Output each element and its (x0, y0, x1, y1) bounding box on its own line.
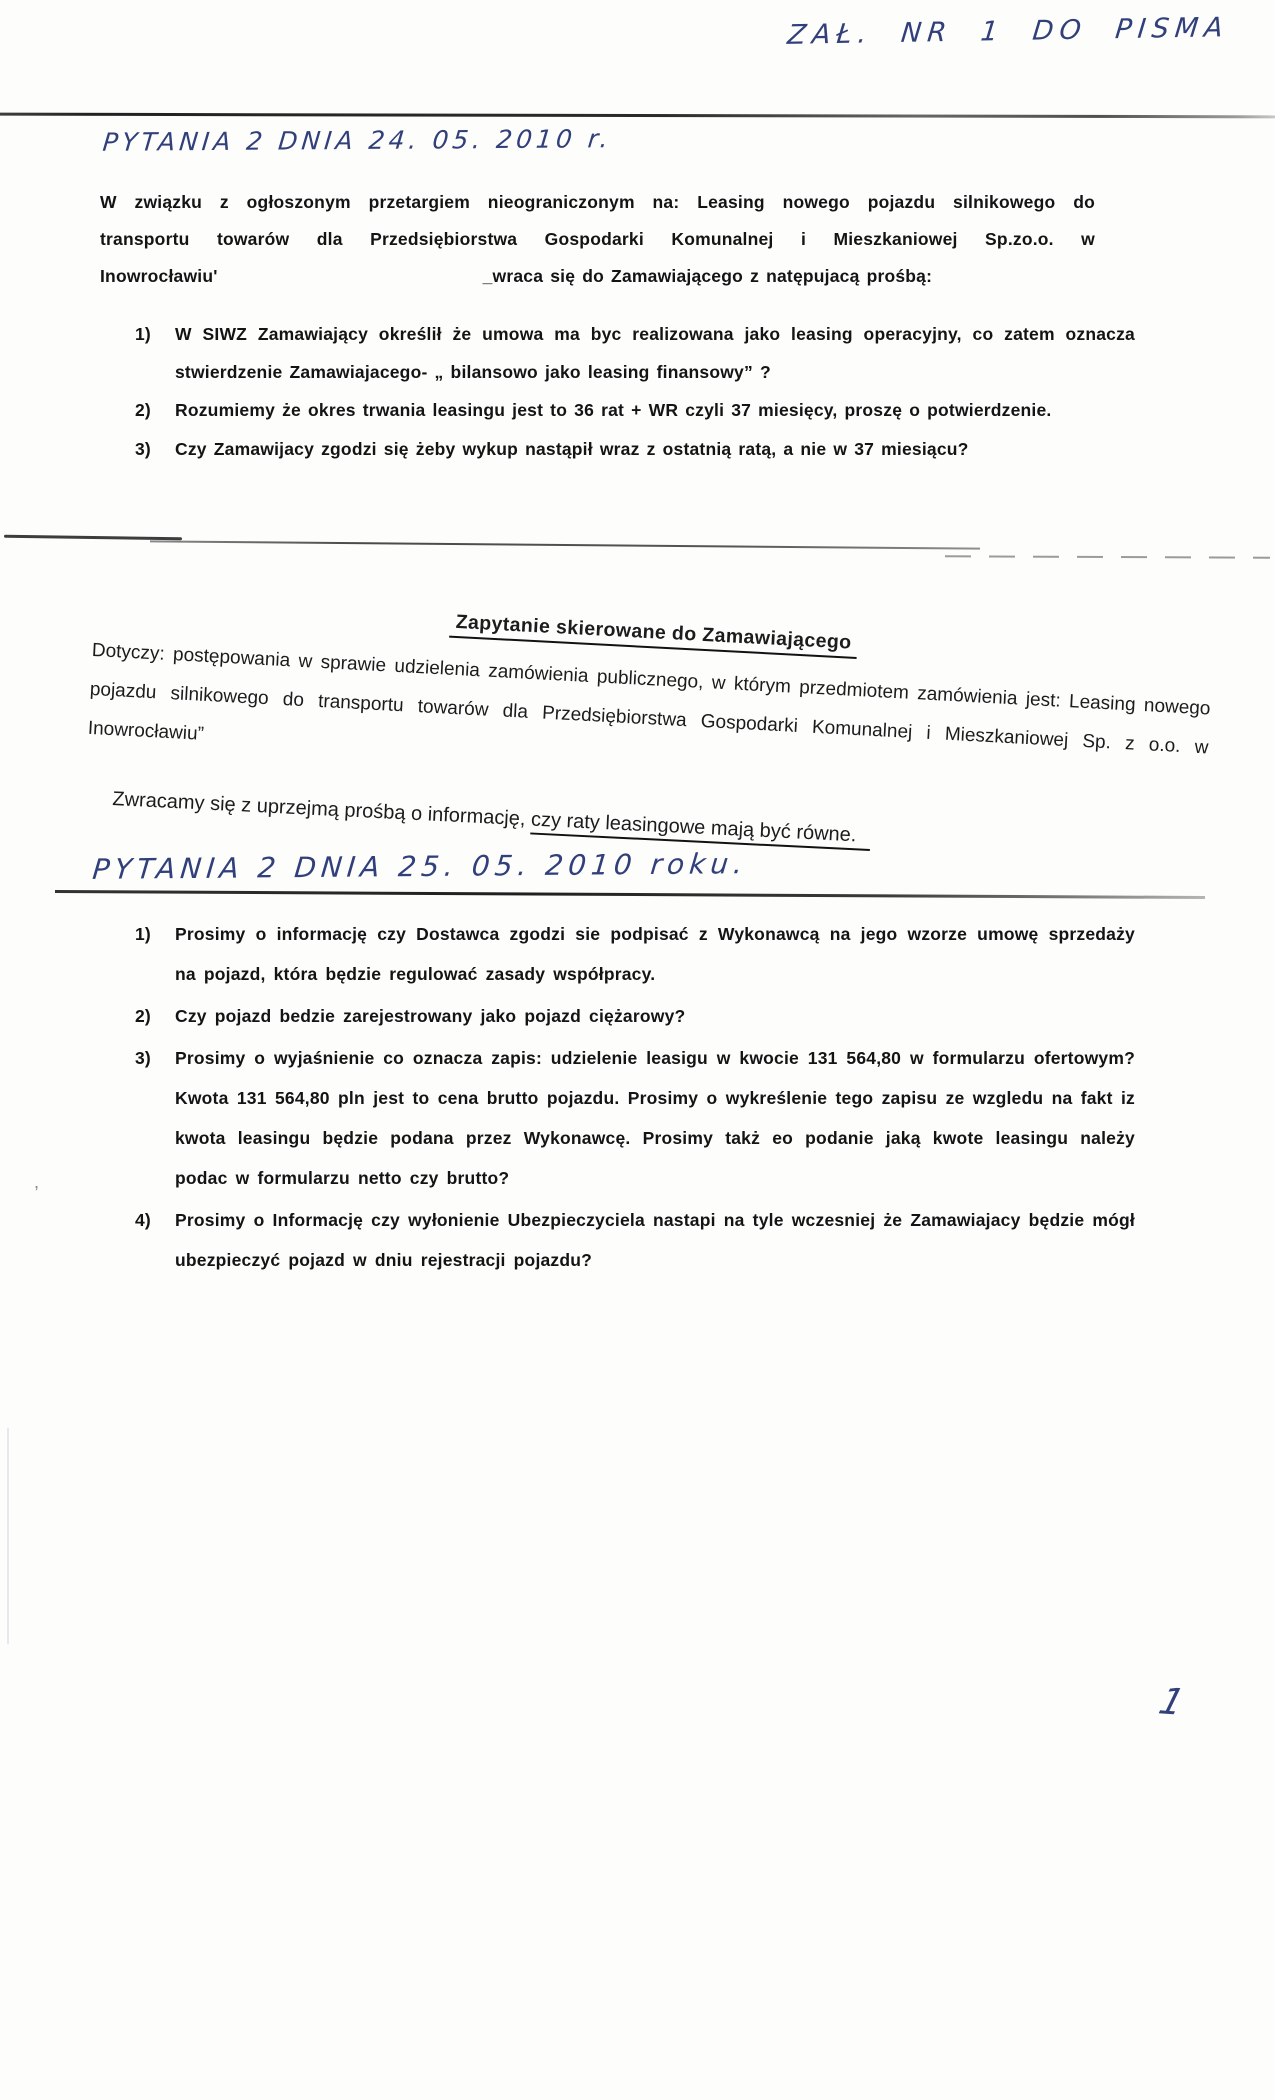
intro-paragraph: W związku z ogłoszonym przetargiem nieog… (100, 184, 1095, 295)
question-item: 1) Prosimy o informację czy Dostawca zgo… (135, 914, 1135, 994)
question-item: 2) Rozumiemy że okres trwania leasingu j… (135, 392, 1135, 430)
question-text: Prosimy o wyjaśnienie co oznacza zapis: … (175, 1038, 1135, 1198)
question-number: 3) (135, 431, 175, 469)
divider-artifact-right (945, 555, 1270, 558)
question-list-2: 1) Prosimy o informację czy Dostawca zgo… (135, 914, 1135, 1280)
question-item: 2) Czy pojazd bedzie zarejestrowany jako… (135, 996, 1135, 1036)
inquiry-section: Zapytanie skierowane do Zamawiającego Do… (87, 592, 1214, 806)
request-underlined-text: czy raty leasingowe mają być równe. (530, 808, 871, 851)
question-text: Rozumiemy że okres trwania leasingu jest… (175, 392, 1135, 430)
question-number: 3) (135, 1038, 175, 1078)
question-item: 3) Prosimy o wyjaśnienie co oznacza zapi… (135, 1038, 1135, 1198)
question-text: Czy Zamawijacy zgodzi się żeby wykup nas… (175, 431, 1135, 469)
question-text: Prosimy o informację czy Dostawca zgodzi… (175, 914, 1135, 994)
intro-line-3-right: _wraca się do Zamawiającego z natępujacą… (483, 258, 933, 295)
section-3-rule (55, 890, 1205, 899)
divider-artifact-middle (150, 540, 980, 549)
handwritten-corner-note: ZAŁ. NR 1 DO PISMA (786, 12, 1231, 51)
question-number: 2) (135, 996, 175, 1036)
question-list-1: 1) W SIWZ Zamawiający określił że umowa … (135, 316, 1135, 468)
stray-mark: , (34, 1172, 39, 1193)
question-number: 1) (135, 914, 175, 954)
question-text: W SIWZ Zamawiający określił że umowa ma … (175, 316, 1135, 391)
question-text: Czy pojazd bedzie zarejestrowany jako po… (175, 996, 1135, 1036)
left-edge-scan-artifact (7, 1428, 9, 1644)
intro-line-2: transportu towarów dla Przedsiębiorstwa … (100, 221, 1095, 258)
question-number: 2) (135, 392, 175, 430)
request-plain-text: Zwracamy się z uprzejmą prośbą o informa… (112, 788, 532, 830)
question-item: 4) Prosimy o Informację czy wyłonienie U… (135, 1200, 1135, 1280)
handwritten-page-number: 1 (1154, 1681, 1188, 1723)
intro-line-1: W związku z ogłoszonym przetargiem nieog… (100, 184, 1095, 221)
handwritten-title-1: PYTANIA 2 DNIA 24. 05. 2010 r. (101, 124, 613, 157)
handwritten-title-2: PYTANIA 2 DNIA 25. 05. 2010 roku. (91, 847, 749, 886)
inquiry-heading: Zapytanie skierowane do Zamawiającego (449, 611, 858, 659)
question-number: 4) (135, 1200, 175, 1240)
scanned-document-page: ZAŁ. NR 1 DO PISMA PYTANIA 2 DNIA 24. 05… (0, 0, 1275, 2100)
divider-artifact-left (4, 535, 182, 540)
intro-line-3: Inowrocławiu' _wraca się do Zamawiająceg… (100, 258, 1095, 295)
question-text: Prosimy o Informację czy wyłonienie Ubez… (175, 1200, 1135, 1280)
top-rule (0, 113, 1275, 118)
question-number: 1) (135, 316, 175, 354)
question-item: 3) Czy Zamawijacy zgodzi się żeby wykup … (135, 431, 1135, 469)
question-item: 1) W SIWZ Zamawiający określił że umowa … (135, 316, 1135, 391)
intro-line-3-left: Inowrocławiu' (100, 258, 218, 295)
